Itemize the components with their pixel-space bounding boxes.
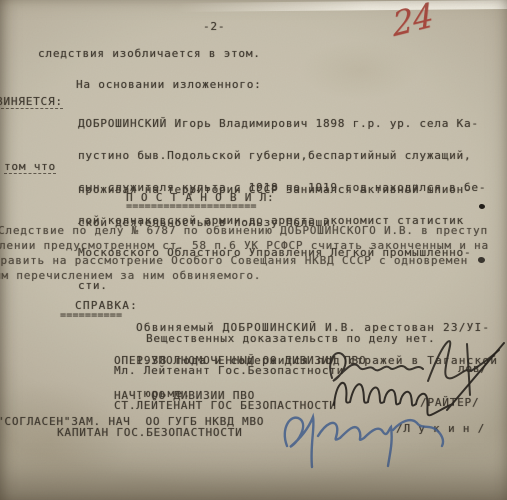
document-scan-page: -2- 24 следствия изобличается в этом. На…: [0, 0, 507, 500]
scan-vignette: [0, 0, 507, 500]
